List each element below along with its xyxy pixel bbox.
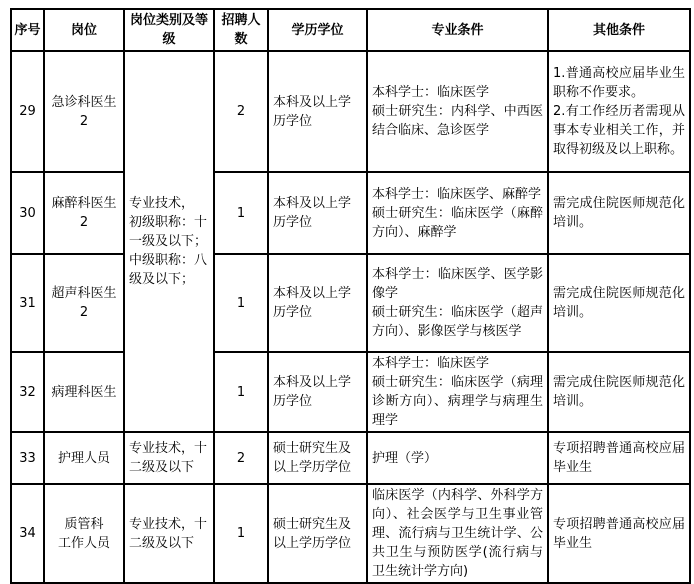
education-cell: 本科及以上学历学位 — [268, 254, 367, 352]
category-cell-merged: 专业技术， 初级职称：十一级及以下； 中级职称：八级及以下； — [124, 51, 214, 432]
table-row-33: 33 护理人员 专业技术，十二级及以下 2 硕士研究生及以上学历学位 护理（学）… — [11, 432, 690, 484]
education-cell: 硕士研究生及以上学历学位 — [268, 484, 367, 579]
other-cell: 专项招聘普通高校应届毕业生 — [548, 484, 690, 579]
major-cell: 本科学士：临床医学、医学影像学 硕士研究生：临床医学（超声方向）、影像医学与核医… — [367, 254, 548, 352]
table-row-32: 32 病理科医生 1 本科及以上学历学位 本科学士：临床医学 硕士研究生：临床医… — [11, 352, 690, 432]
other-cell: 需完成住院医师规范化培训。 — [548, 172, 690, 254]
position-cell: 质管科 工作人员 — [44, 484, 124, 579]
education-cell: 硕士研究生及以上学历学位 — [268, 432, 367, 484]
header-row: 序号 岗位 岗位类别及等级 招聘人数 学历学位 专业条件 其他条件 — [11, 9, 690, 51]
recruitment-table: 序号 岗位 岗位类别及等级 招聘人数 学历学位 专业条件 其他条件 29 急诊科… — [10, 8, 691, 579]
col-header-position: 岗位 — [44, 9, 124, 51]
col-header-major: 专业条件 — [367, 9, 548, 51]
recruitment-table-container: 序号 岗位 岗位类别及等级 招聘人数 学历学位 专业条件 其他条件 29 急诊科… — [10, 8, 691, 579]
other-cell: 需完成住院医师规范化培训。 — [548, 352, 690, 432]
other-cell: 专项招聘普通高校应届毕业生 — [548, 432, 690, 484]
serial-cell: 33 — [11, 432, 44, 484]
table-row-30: 30 麻醉科医生 2 1 本科及以上学历学位 本科学士：临床医学、麻醉学 硕士研… — [11, 172, 690, 254]
col-header-category: 岗位类别及等级 — [124, 9, 214, 51]
col-header-serial: 序号 — [11, 9, 44, 51]
other-cell: 需完成住院医师规范化培训。 — [548, 254, 690, 352]
major-cell: 护理（学） — [367, 432, 548, 484]
serial-cell: 34 — [11, 484, 44, 579]
table-row-31: 31 超声科医生 2 1 本科及以上学历学位 本科学士：临床医学、医学影像学 硕… — [11, 254, 690, 352]
serial-cell: 30 — [11, 172, 44, 254]
education-cell: 本科及以上学历学位 — [268, 51, 367, 172]
col-header-count: 招聘人数 — [214, 9, 268, 51]
position-cell: 急诊科医生 2 — [44, 51, 124, 172]
education-cell: 本科及以上学历学位 — [268, 352, 367, 432]
position-cell: 麻醉科医生 2 — [44, 172, 124, 254]
count-cell: 1 — [214, 352, 268, 432]
category-cell: 专业技术，十二级及以下 — [124, 432, 214, 484]
major-cell: 本科学士：临床医学 硕士研究生：内科学、中西医结合临床、急诊医学 — [367, 51, 548, 172]
col-header-other: 其他条件 — [548, 9, 690, 51]
count-cell: 1 — [214, 254, 268, 352]
position-cell: 超声科医生 2 — [44, 254, 124, 352]
count-cell: 2 — [214, 51, 268, 172]
major-cell: 临床医学（内科学、外科学方向）、社会医学与卫生事业管理、流行病与卫生统计学、公共… — [367, 484, 548, 579]
category-cell: 专业技术，十二级及以下 — [124, 484, 214, 579]
count-cell: 1 — [214, 484, 268, 579]
serial-cell: 31 — [11, 254, 44, 352]
position-cell: 护理人员 — [44, 432, 124, 484]
count-cell: 2 — [214, 432, 268, 484]
serial-cell: 32 — [11, 352, 44, 432]
major-cell: 本科学士：临床医学、麻醉学 硕士研究生：临床医学（麻醉方向）、麻醉学 — [367, 172, 548, 254]
major-cell: 本科学士：临床医学 硕士研究生：临床医学（病理诊断方向）、病理学与病理生理学 — [367, 352, 548, 432]
other-cell: 1.普通高校应届毕业生职称不作要求。 2.有工作经历者需现从事本专业相关工作，并… — [548, 51, 690, 172]
position-cell: 病理科医生 — [44, 352, 124, 432]
count-cell: 1 — [214, 172, 268, 254]
col-header-education: 学历学位 — [268, 9, 367, 51]
table-row-34: 34 质管科 工作人员 专业技术，十二级及以下 1 硕士研究生及以上学历学位 临… — [11, 484, 690, 579]
education-cell: 本科及以上学历学位 — [268, 172, 367, 254]
serial-cell: 29 — [11, 51, 44, 172]
table-row-29: 29 急诊科医生 2 专业技术， 初级职称：十一级及以下； 中级职称：八级及以下… — [11, 51, 690, 172]
